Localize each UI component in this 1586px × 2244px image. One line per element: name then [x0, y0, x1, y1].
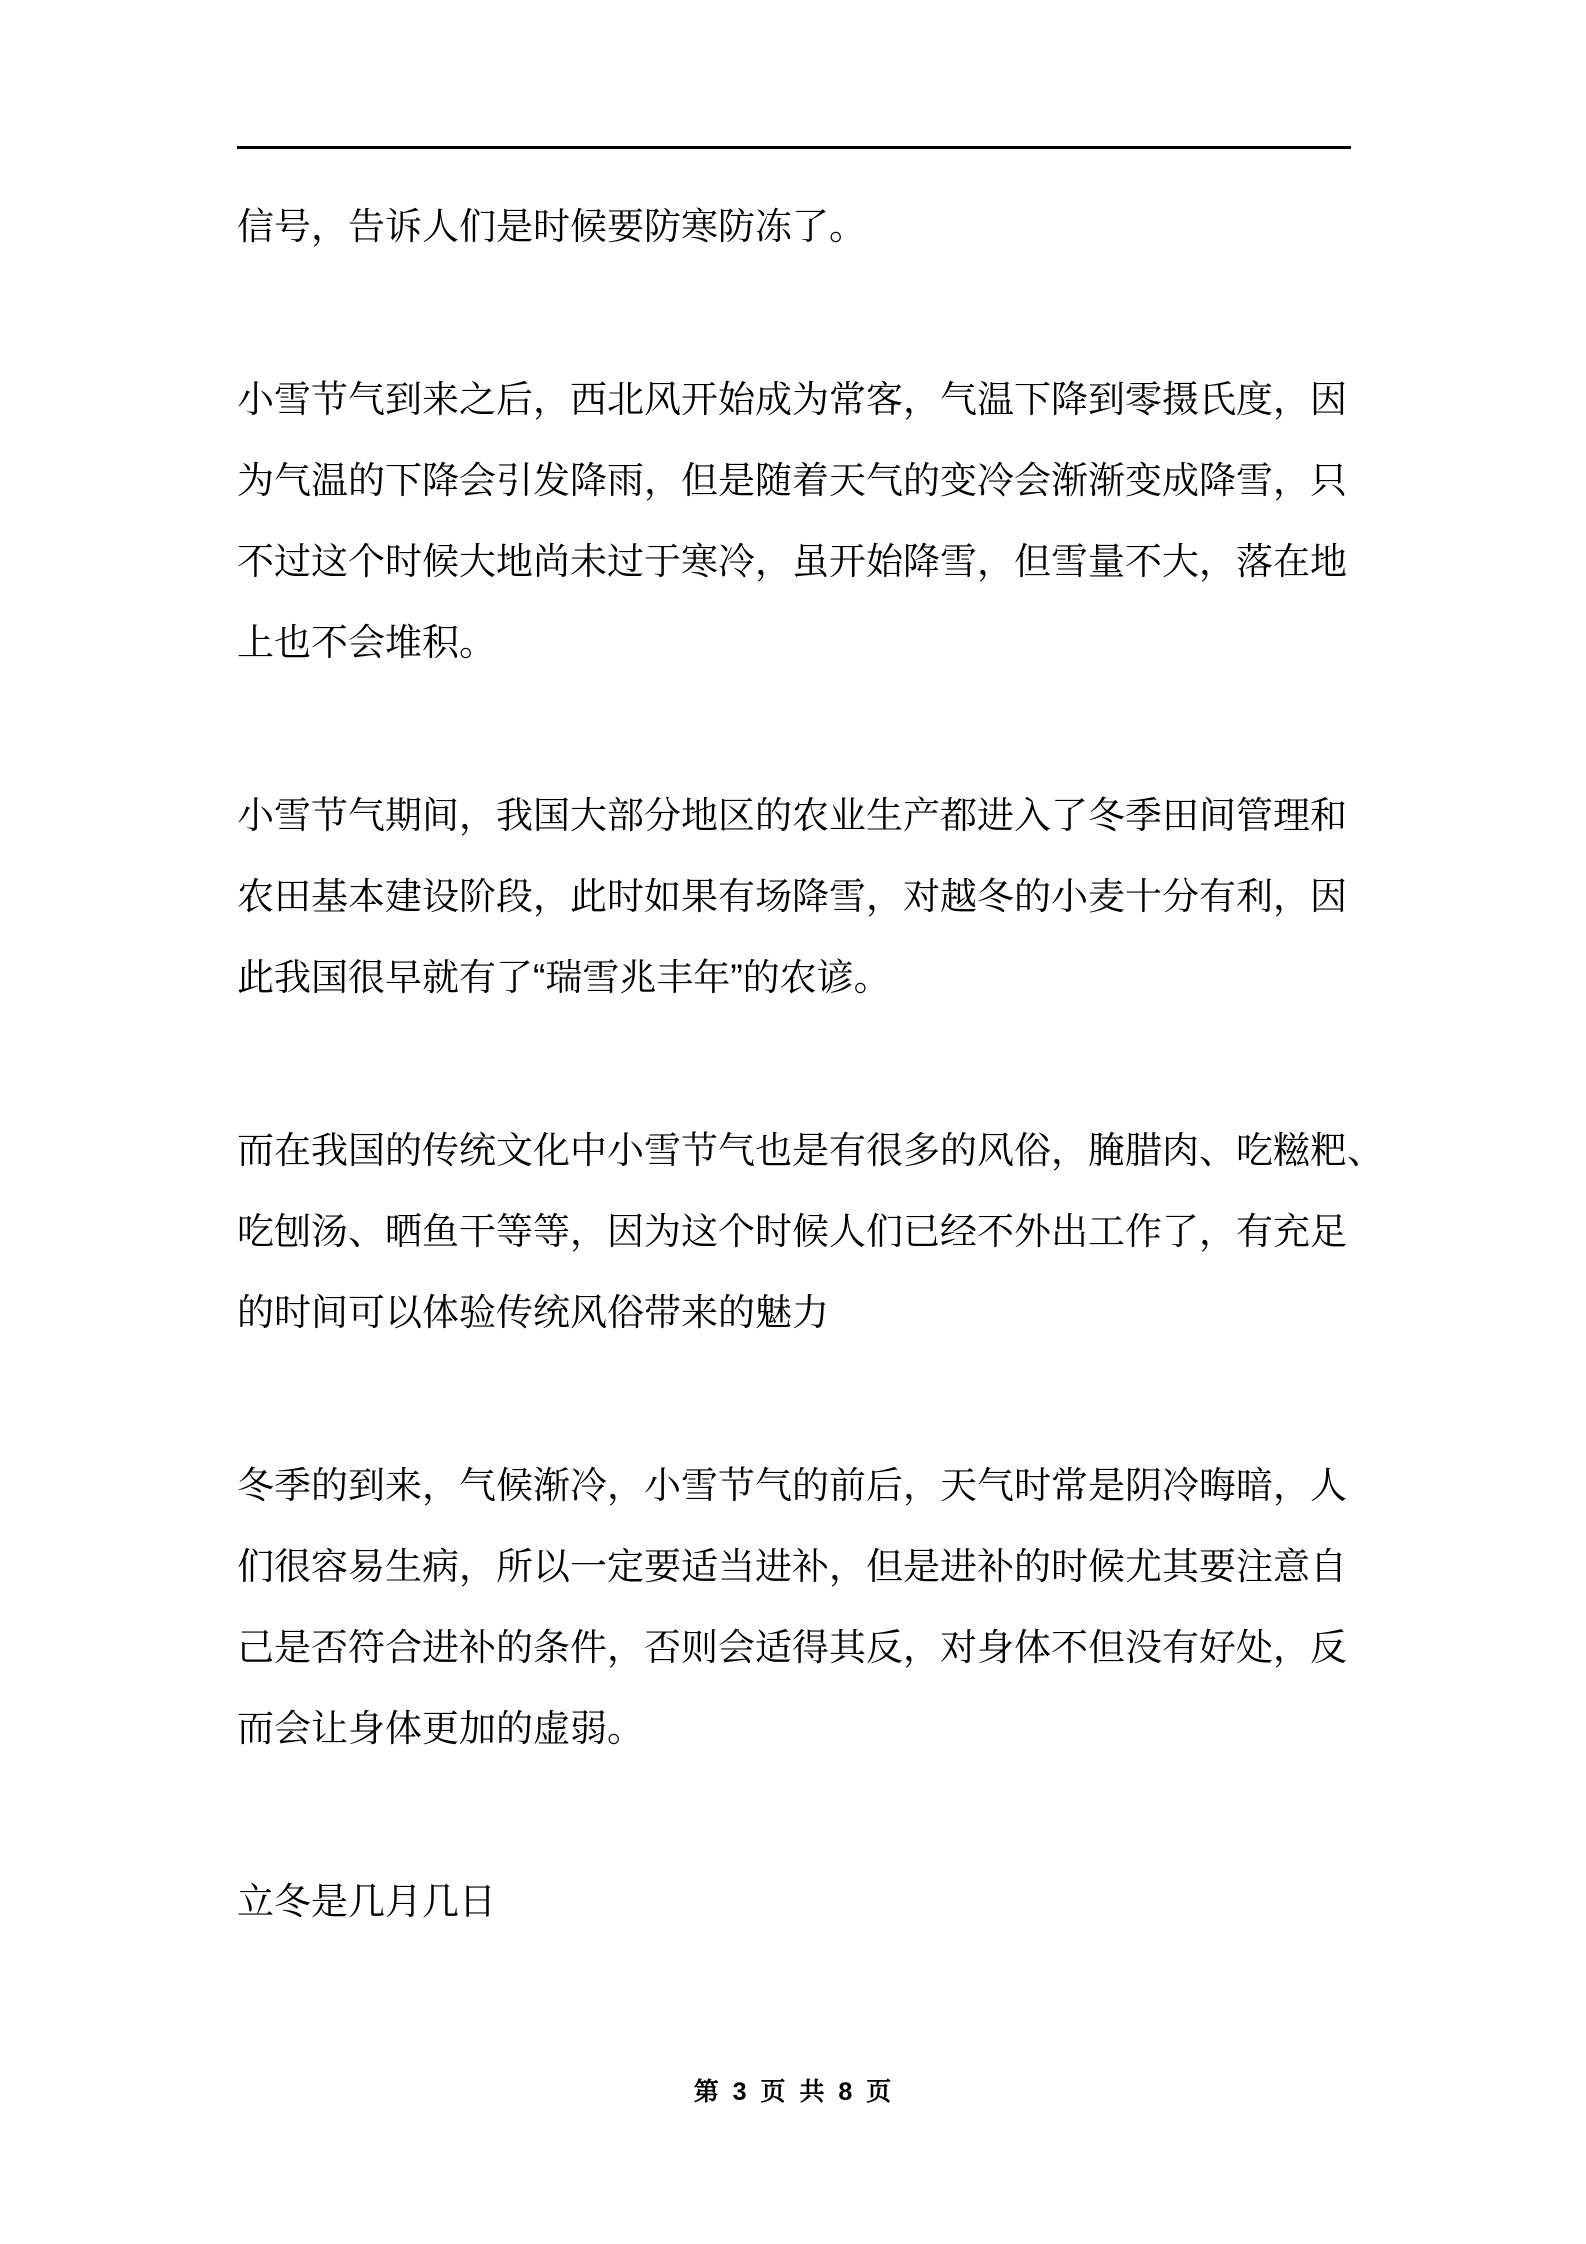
text-line: 吃刨汤、晒鱼干等等，因为这个时候人们已经不外出工作了，有充足: [237, 1191, 1351, 1272]
document-page: 信号，告诉人们是时候要防寒防冻了。 小雪节气到来之后，西北风开始成为常客，气温下…: [0, 0, 1586, 2244]
text-line: 而会让身体更加的虚弱。: [237, 1688, 1351, 1769]
paragraph: 冬季的到来，气候渐冷，小雪节气的前后，天气时常是阴冷晦暗，人 们很容易生病，所以…: [237, 1445, 1351, 1769]
text-line: 小雪节气到来之后，西北风开始成为常客，气温下降到零摄氏度，因: [237, 359, 1351, 440]
paragraph: 而在我国的传统文化中小雪节气也是有很多的风俗，腌腊肉、吃糍粑、 吃刨汤、晒鱼干等…: [237, 1110, 1351, 1353]
text-line: 冬季的到来，气候渐冷，小雪节气的前后，天气时常是阴冷晦暗，人: [237, 1445, 1351, 1526]
paragraph: 信号，告诉人们是时候要防寒防冻了。: [237, 186, 1351, 267]
paragraph: 小雪节气到来之后，西北风开始成为常客，气温下降到零摄氏度，因 为气温的下降会引发…: [237, 359, 1351, 683]
text-line: 立冬是几月几日: [237, 1861, 1351, 1942]
document-body: 信号，告诉人们是时候要防寒防冻了。 小雪节气到来之后，西北风开始成为常客，气温下…: [237, 186, 1351, 2034]
page-number-footer: 第 3 页 共 8 页: [0, 2072, 1586, 2108]
text-line: 小雪节气期间，我国大部分地区的农业生产都进入了冬季田间管理和: [237, 775, 1351, 856]
text-line: 此我国很早就有了“瑞雪兆丰年”的农谚。: [237, 937, 1351, 1018]
paragraph-heading: 立冬是几月几日: [237, 1861, 1351, 1942]
text-line: 上也不会堆积。: [237, 602, 1351, 683]
text-line: 信号，告诉人们是时候要防寒防冻了。: [237, 186, 1351, 267]
header-rule: [237, 146, 1351, 149]
text-line: 农田基本建设阶段，此时如果有场降雪，对越冬的小麦十分有利，因: [237, 856, 1351, 937]
text-line: 们很容易生病，所以一定要适当进补，但是进补的时候尤其要注意自: [237, 1526, 1351, 1607]
text-line: 的时间可以体验传统风俗带来的魅力: [237, 1272, 1351, 1353]
paragraph: 小雪节气期间，我国大部分地区的农业生产都进入了冬季田间管理和 农田基本建设阶段，…: [237, 775, 1351, 1018]
text-line: 不过这个时候大地尚未过于寒冷，虽开始降雪，但雪量不大，落在地: [237, 521, 1351, 602]
text-line: 己是否符合进补的条件，否则会适得其反，对身体不但没有好处，反: [237, 1607, 1351, 1688]
text-line: 而在我国的传统文化中小雪节气也是有很多的风俗，腌腊肉、吃糍粑、: [237, 1110, 1351, 1191]
text-line: 为气温的下降会引发降雨，但是随着天气的变冷会渐渐变成降雪，只: [237, 440, 1351, 521]
